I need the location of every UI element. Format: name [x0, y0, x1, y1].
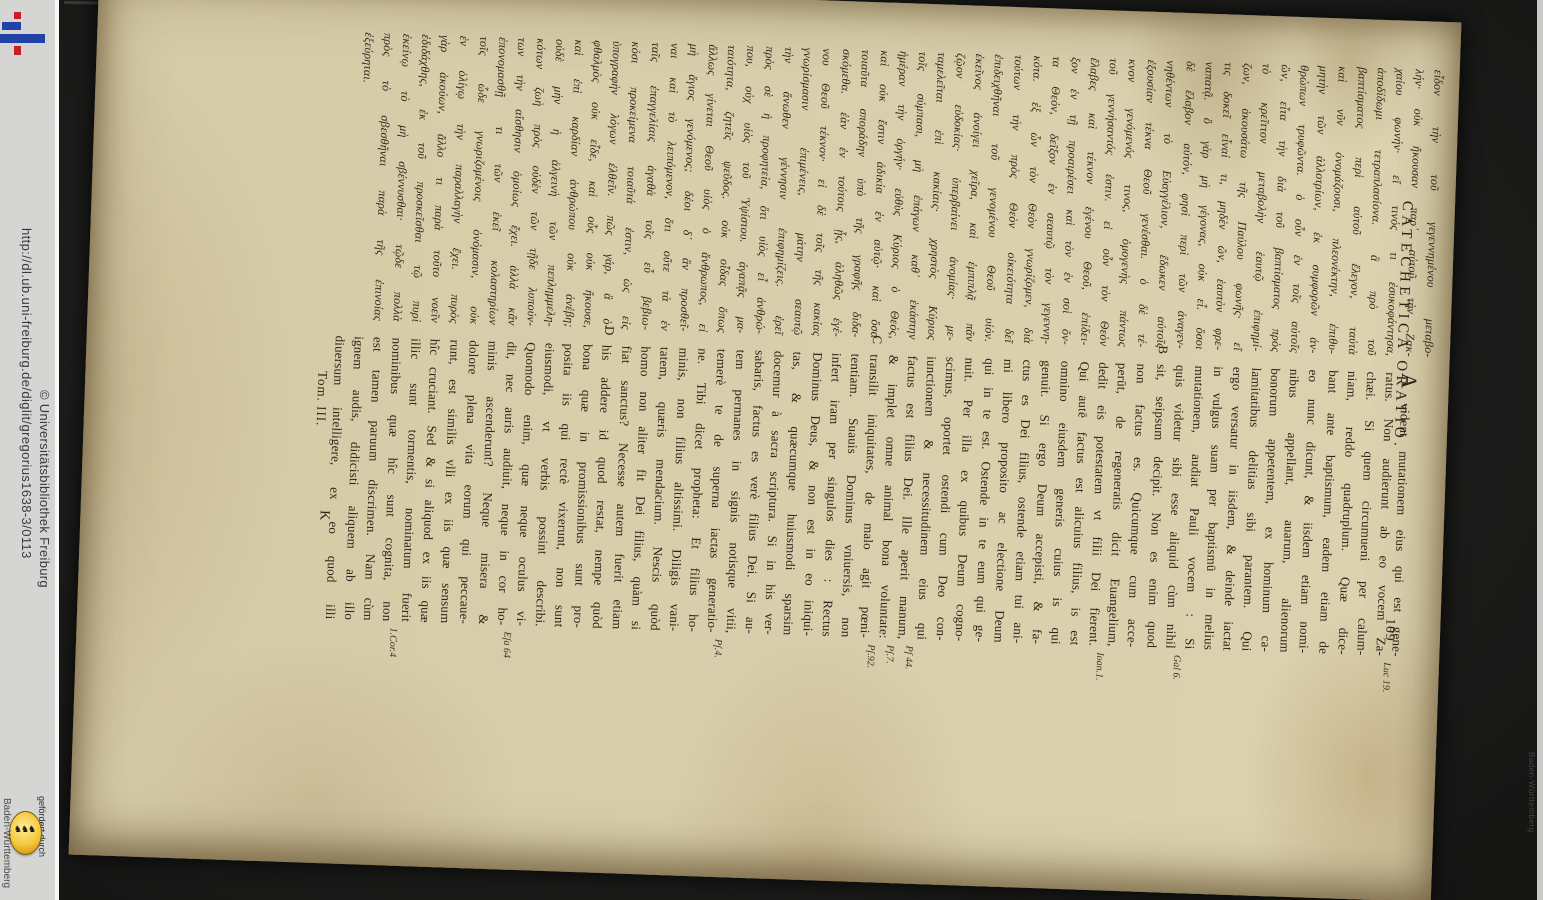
viewer-right-edge: [1537, 0, 1543, 900]
logo-red-square-bottom: [14, 46, 21, 55]
margin-note: Pſ 44.: [901, 645, 914, 715]
section-letter: B: [1155, 345, 1172, 362]
margin-note: Pſ.4.: [710, 639, 723, 709]
margin-note: Luc 19.: [1379, 662, 1392, 732]
tome-label: Tom. III.: [313, 371, 331, 427]
margin-note: Ioan.1.: [1092, 652, 1105, 722]
digitization-sidebar: http://dl.ub.uni-freiburg.de/diglit/greg…: [0, 0, 55, 900]
book-page: CATECHETICA ORATIO. 109 εἶδον τὴν τοῦ γε…: [69, 0, 1462, 900]
section-letter: D: [601, 326, 618, 343]
signature-mark: K: [315, 510, 331, 521]
logo-red-square-top: [14, 12, 21, 19]
margin-note: 1.Cor.4: [385, 627, 398, 697]
margin-note: Pſ.92.: [863, 644, 876, 714]
right-edge-watermark: Baden-Württemberg: [1527, 752, 1536, 833]
ub-freiburg-logo-icon: [0, 0, 55, 80]
copyright-notice: © Universitätsbibliothek Freiburg: [37, 390, 52, 588]
funding-region-label: Baden-Württemberg: [1, 798, 12, 888]
source-url: http://dl.ub.uni-freiburg.de/diglit/greg…: [19, 228, 34, 559]
margin-note: Gal 6.: [1168, 655, 1181, 725]
margin-note: Eſa 64: [500, 631, 513, 701]
logo-blue-bar-short: [2, 22, 21, 30]
latin-column: A vident mutationem eius qui est gene-ra…: [321, 335, 1419, 657]
logo-blue-bar-long: [0, 34, 45, 43]
sidebar-divider: [55, 0, 59, 900]
margin-note: Pſ.7.: [882, 645, 895, 715]
greek-column: εἶδον τὴν τοῦ γεγεννημένου μεταβο-λήν· ο…: [349, 32, 1448, 358]
three-lions-icon: ♞♞♞: [9, 824, 40, 835]
section-letter: C: [868, 335, 885, 352]
